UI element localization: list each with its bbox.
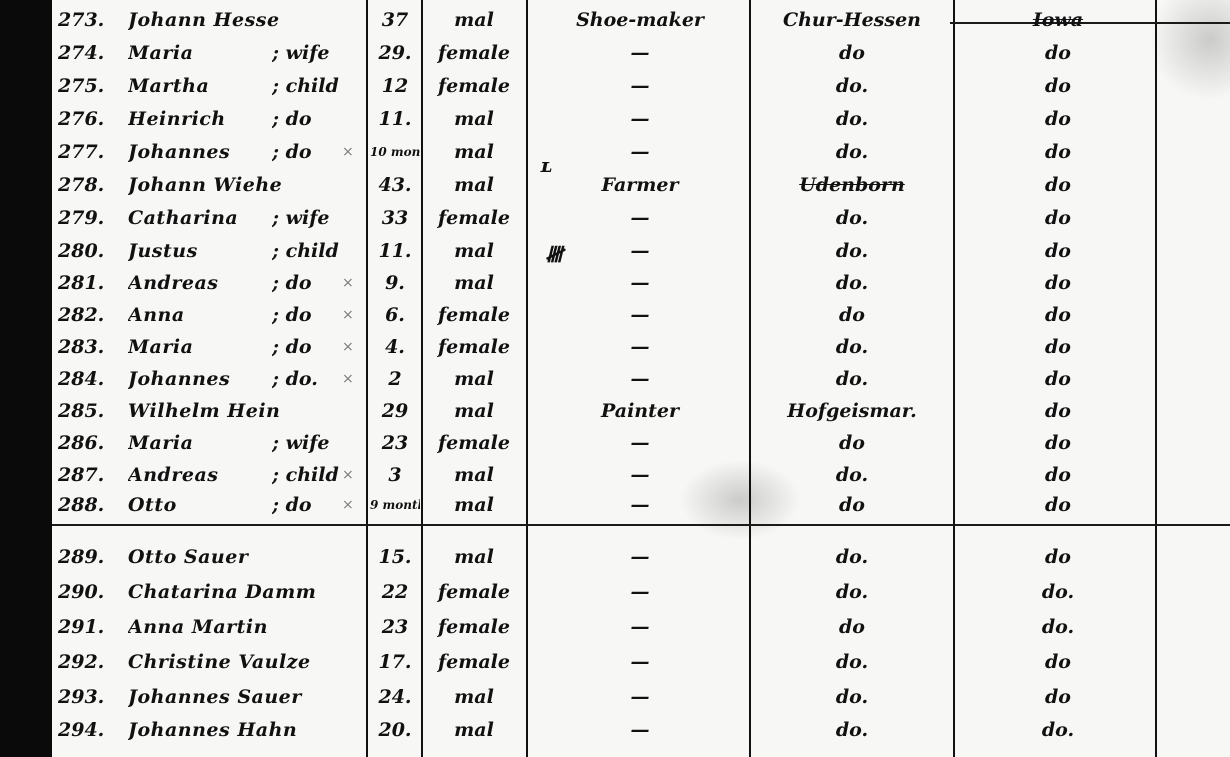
passenger-destination: do [958, 104, 1158, 134]
passenger-occupation: — [530, 104, 750, 134]
passenger-sex: female [424, 332, 524, 362]
passenger-origin: do [752, 612, 952, 642]
passenger-occupation: — [530, 71, 750, 101]
passenger-destination: do [958, 647, 1158, 677]
passenger-origin: do [752, 300, 952, 330]
passenger-age: 24. [370, 682, 420, 712]
passenger-origin: do. [752, 104, 952, 134]
passenger-number: 281. [58, 268, 128, 298]
passenger-age: 11. [370, 104, 420, 134]
passenger-occupation: — [530, 268, 750, 298]
passenger-number: 287. [58, 460, 128, 490]
passenger-age: 17. [370, 647, 420, 677]
passenger-origin: do. [752, 364, 952, 394]
passenger-row: 294. Johannes Hahn 20. mal — do. do. [52, 715, 1230, 745]
manifest-page: 𝍸 ʟ 273. Johann Hesse 37 mal Shoe-maker … [0, 0, 1230, 757]
passenger-age: 15. [370, 542, 420, 572]
passenger-sex: mal [424, 490, 524, 520]
passenger-sex: female [424, 428, 524, 458]
passenger-sex: female [424, 300, 524, 330]
passenger-number: 293. [58, 682, 128, 712]
passenger-origin: do. [752, 542, 952, 572]
passenger-occupation: — [530, 300, 750, 330]
passenger-number: 283. [58, 332, 128, 362]
cross-mark: × [342, 300, 362, 330]
passenger-destination: do [958, 170, 1158, 200]
passenger-origin: do. [752, 682, 952, 712]
passenger-origin: do. [752, 332, 952, 362]
passenger-occupation: — [530, 682, 750, 712]
passenger-sex: mal [424, 396, 524, 426]
passenger-number: 274. [58, 38, 128, 68]
passenger-occupation: — [530, 715, 750, 745]
passenger-destination: do [958, 268, 1158, 298]
passenger-sex: female [424, 38, 524, 68]
passenger-row: 290. Chatarina Damm 22 female — do. do. [52, 577, 1230, 607]
passenger-number: 294. [58, 715, 128, 745]
passenger-row: 275. Martha ; child 12 female — do. do [52, 71, 1230, 101]
passenger-destination: do [958, 364, 1158, 394]
passenger-destination: do [958, 332, 1158, 362]
passenger-row: 274. Maria ; wife 29. female — do do [52, 38, 1230, 68]
cross-mark: × [342, 460, 362, 490]
passenger-number: 292. [58, 647, 128, 677]
passenger-number: 291. [58, 612, 128, 642]
passenger-origin: Chur-Hessen [752, 5, 952, 35]
passenger-occupation: — [530, 364, 750, 394]
passenger-sex: female [424, 203, 524, 233]
passenger-age: 11. [370, 236, 420, 266]
passenger-number: 286. [58, 428, 128, 458]
passenger-age: 12 [370, 71, 420, 101]
passenger-age: 4. [370, 332, 420, 362]
passenger-number: 285. [58, 396, 128, 426]
passenger-occupation: — [530, 647, 750, 677]
passenger-age: 3 [370, 460, 420, 490]
passenger-sex: mal [424, 170, 524, 200]
passenger-row: 281. Andreas ; do × 9. mal — do. do [52, 268, 1230, 298]
passenger-row: 285. Wilhelm Hein 29 mal Painter Hofgeis… [52, 396, 1230, 426]
passenger-row: 280. Justus ; child 11. mal — do. do [52, 236, 1230, 266]
passenger-number: 289. [58, 542, 128, 572]
passenger-sex: mal [424, 137, 524, 167]
passenger-occupation: — [530, 460, 750, 490]
passenger-destination: do [958, 428, 1158, 458]
passenger-row: 289. Otto Sauer 15. mal — do. do [52, 542, 1230, 572]
passenger-number: 288. [58, 490, 128, 520]
passenger-sex: mal [424, 268, 524, 298]
passenger-row: 277. Johannes ; do × 10 month mal — do. … [52, 137, 1230, 167]
cross-mark: × [342, 364, 362, 394]
passenger-occupation: Shoe-maker [530, 5, 750, 35]
passenger-origin: do. [752, 268, 952, 298]
passenger-origin: do [752, 490, 952, 520]
passenger-destination: do [958, 542, 1158, 572]
passenger-origin: do [752, 428, 952, 458]
passenger-age: 10 month [370, 137, 420, 167]
passenger-occupation: — [530, 577, 750, 607]
passenger-destination: do [958, 203, 1158, 233]
passenger-age: 9. [370, 268, 420, 298]
passenger-occupation: — [530, 490, 750, 520]
cross-mark: × [342, 268, 362, 298]
passenger-row: 282. Anna ; do × 6. female — do do [52, 300, 1230, 330]
passenger-origin: do. [752, 647, 952, 677]
passenger-occupation: — [530, 428, 750, 458]
cross-mark: × [342, 490, 362, 520]
passenger-origin: Hofgeismar. [752, 396, 952, 426]
passenger-number: 279. [58, 203, 128, 233]
passenger-destination: do [958, 300, 1158, 330]
passenger-sex: female [424, 612, 524, 642]
passenger-occupation: — [530, 542, 750, 572]
passenger-origin: do. [752, 71, 952, 101]
book-binding-shadow [0, 0, 52, 757]
passenger-sex: mal [424, 104, 524, 134]
passenger-origin: Udenborn [752, 170, 952, 200]
passenger-occupation: Painter [530, 396, 750, 426]
group-separator-rule [52, 524, 1230, 526]
passenger-row: 292. Christine Vaulze 17. female — do. d… [52, 647, 1230, 677]
passenger-row: 283. Maria ; do × 4. female — do. do [52, 332, 1230, 362]
passenger-destination: do [958, 460, 1158, 490]
passenger-occupation: — [530, 203, 750, 233]
passenger-sex: mal [424, 364, 524, 394]
passenger-age: 23 [370, 612, 420, 642]
passenger-destination: Iowa [958, 5, 1158, 35]
passenger-destination: do. [958, 577, 1158, 607]
passenger-row: 284. Johannes ; do. × 2 mal — do. do [52, 364, 1230, 394]
passenger-row: 291. Anna Martin 23 female — do do. [52, 612, 1230, 642]
passenger-destination: do [958, 38, 1158, 68]
passenger-age: 23 [370, 428, 420, 458]
passenger-sex: mal [424, 5, 524, 35]
passenger-row: 279. Catharina ; wife 33 female — do. do [52, 203, 1230, 233]
passenger-occupation: — [530, 612, 750, 642]
passenger-age: 22 [370, 577, 420, 607]
passenger-age: 6. [370, 300, 420, 330]
passenger-origin: do. [752, 460, 952, 490]
passenger-sex: female [424, 71, 524, 101]
passenger-origin: do. [752, 715, 952, 745]
passenger-row: 276. Heinrich ; do 11. mal — do. do [52, 104, 1230, 134]
passenger-row: 273. Johann Hesse 37 mal Shoe-maker Chur… [52, 5, 1230, 35]
passenger-row: 278. Johann Wiehe 43. mal Farmer Udenbor… [52, 170, 1230, 200]
passenger-origin: do. [752, 137, 952, 167]
passenger-age: 9 month [370, 490, 420, 520]
passenger-sex: female [424, 577, 524, 607]
passenger-row: 293. Johannes Sauer 24. mal — do. do [52, 682, 1230, 712]
passenger-number: 282. [58, 300, 128, 330]
passenger-number: 277. [58, 137, 128, 167]
passenger-number: 284. [58, 364, 128, 394]
cross-mark: × [342, 332, 362, 362]
passenger-sex: female [424, 647, 524, 677]
passenger-occupation: — [530, 332, 750, 362]
passenger-age: 37 [370, 5, 420, 35]
passenger-number: 275. [58, 71, 128, 101]
passenger-occupation: — [530, 137, 750, 167]
passenger-row: 286. Maria ; wife 23 female — do do [52, 428, 1230, 458]
passenger-destination: do [958, 396, 1158, 426]
passenger-destination: do [958, 490, 1158, 520]
passenger-number: 290. [58, 577, 128, 607]
passenger-destination: do [958, 682, 1158, 712]
passenger-number: 278. [58, 170, 128, 200]
passenger-sex: mal [424, 460, 524, 490]
passenger-destination: do [958, 236, 1158, 266]
passenger-number: 280. [58, 236, 128, 266]
passenger-row: 288. Otto ; do × 9 month mal — do do [52, 490, 1230, 520]
passenger-age: 43. [370, 170, 420, 200]
passenger-sex: mal [424, 542, 524, 572]
passenger-sex: mal [424, 236, 524, 266]
passenger-age: 29 [370, 396, 420, 426]
passenger-age: 20. [370, 715, 420, 745]
passenger-origin: do. [752, 236, 952, 266]
passenger-age: 2 [370, 364, 420, 394]
passenger-sex: mal [424, 715, 524, 745]
passenger-occupation: — [530, 38, 750, 68]
passenger-age: 29. [370, 38, 420, 68]
passenger-row: 287. Andreas ; child × 3 mal — do. do [52, 460, 1230, 490]
passenger-destination: do. [958, 612, 1158, 642]
passenger-occupation: Farmer [530, 170, 750, 200]
passenger-sex: mal [424, 682, 524, 712]
cross-mark: × [342, 137, 362, 167]
passenger-origin: do [752, 38, 952, 68]
passenger-occupation: — [530, 236, 750, 266]
passenger-origin: do. [752, 203, 952, 233]
passenger-number: 276. [58, 104, 128, 134]
passenger-destination: do [958, 71, 1158, 101]
passenger-destination: do [958, 137, 1158, 167]
passenger-number: 273. [58, 5, 128, 35]
passenger-origin: do. [752, 577, 952, 607]
passenger-age: 33 [370, 203, 420, 233]
passenger-destination: do. [958, 715, 1158, 745]
